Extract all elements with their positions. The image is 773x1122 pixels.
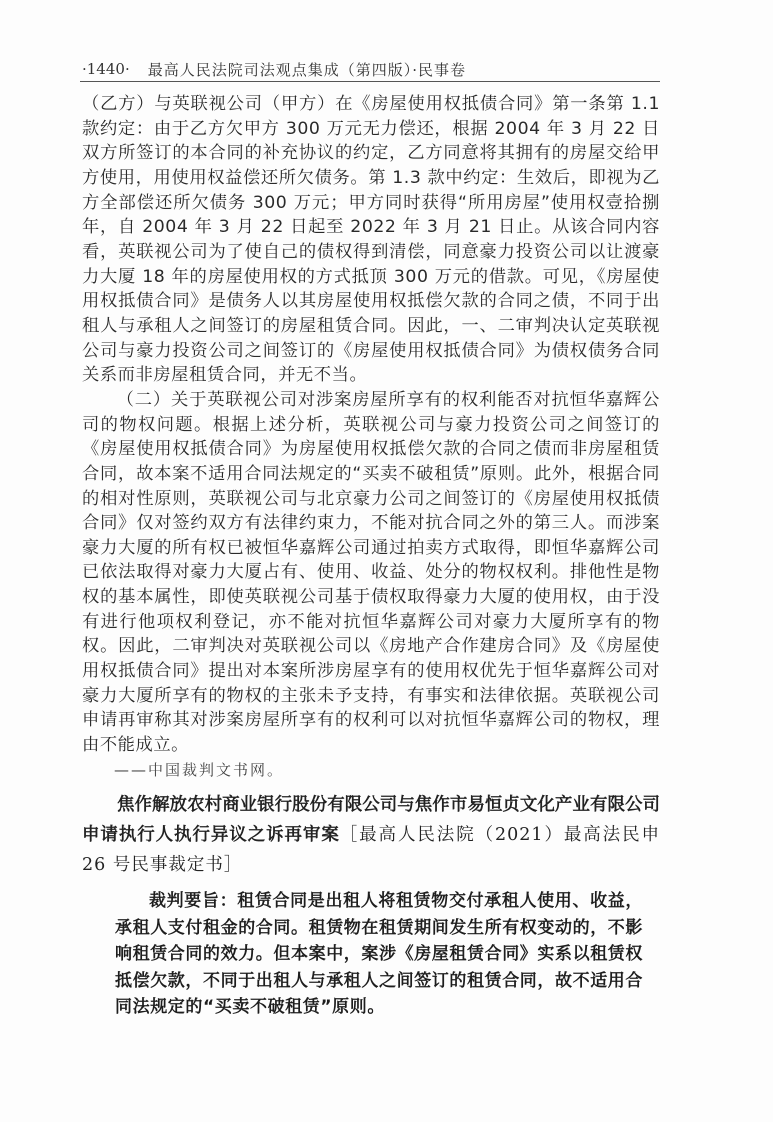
book-title: 最高人民法院司法观点集成（第四版）·民事卷 bbox=[148, 59, 466, 80]
paragraph: （二）关于英联视公司对涉案房屋所享有的权利能否对抗恒华嘉辉公司的物权问题。根据上… bbox=[82, 388, 660, 758]
header-rule bbox=[80, 81, 660, 82]
page-number: ·1440· bbox=[82, 60, 130, 78]
running-header: ·1440· 最高人民法院司法观点集成（第四版）·民事卷 bbox=[82, 58, 660, 80]
paragraph-continued: （乙方）与英联视公司（甲方）在《房屋使用权抵债合同》第一条第 1.1 款约定：由… bbox=[82, 92, 660, 388]
ruling-summary: 裁判要旨：租赁合同是出租人将租赁物交付承租人使用、收益，承租人支付租金的合同。租… bbox=[115, 888, 643, 1021]
source-citation: ——中国裁判文书网。 bbox=[82, 758, 660, 783]
case-heading: 焦作解放农村商业银行股份有限公司与焦作市易恒贞文化产业有限公司申请执行人执行异议… bbox=[82, 790, 660, 880]
body-text: （乙方）与英联视公司（甲方）在《房屋使用权抵债合同》第一条第 1.1 款约定：由… bbox=[82, 92, 660, 782]
